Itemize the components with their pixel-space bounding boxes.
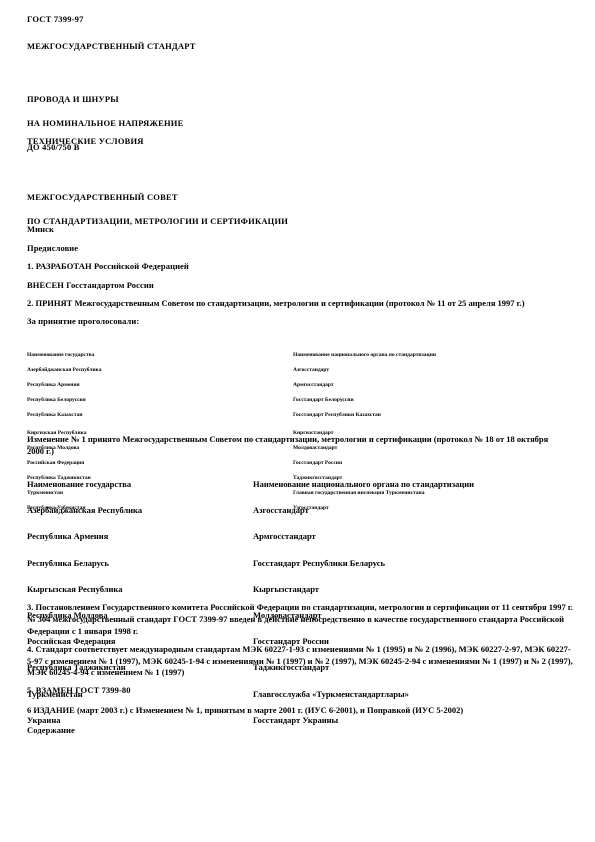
foreword-item-2: 2. ПРИНЯТ Межгосударственным Советом по … bbox=[27, 297, 570, 309]
org-cell: Азгосстандарт bbox=[253, 504, 572, 517]
foreword-item-3: 3. Постановлением Государственного комит… bbox=[27, 601, 575, 637]
vote1-col1-header: Наименование государства bbox=[27, 352, 293, 360]
org-cell: Кыргызстандарт bbox=[253, 583, 572, 596]
org-cell: Госстандарт Республики Беларусь bbox=[253, 557, 572, 570]
city-label: Минск bbox=[27, 223, 54, 235]
org-cell: Госстандарт Белоруссии bbox=[293, 397, 572, 405]
state-cell: Кыргызская Республика bbox=[27, 583, 253, 596]
vote2-col1-header: Наименование государства bbox=[27, 478, 253, 491]
org-cell: Армгосстандарт bbox=[253, 530, 572, 543]
doc-type-heading: МЕЖГОСУДАРСТВЕННЫЙ СТАНДАРТ bbox=[27, 40, 196, 52]
org-cell: Азгосстандарт bbox=[293, 367, 572, 375]
foreword-item-1: 1. РАЗРАБОТАН Российской Федерацией bbox=[27, 260, 189, 272]
doc-title-line2: НА НОМИНАЛЬНОЕ НАПРЯЖЕНИЕ bbox=[27, 118, 183, 128]
table-row: Кыргызская РеспубликаКыргызстандарт bbox=[27, 583, 572, 596]
org-cell: Главгосслужба «Туркменстандартлары» bbox=[253, 688, 572, 701]
foreword-heading: Предисловие bbox=[27, 242, 78, 254]
foreword-item-6: 6 ИЗДАНИЕ (март 2003 г.) с Изменением № … bbox=[27, 704, 587, 716]
vote2-col2-header: Наименование национального органа по ста… bbox=[253, 478, 572, 491]
gost-document-page: ГОСТ 7399-97 МЕЖГОСУДАРСТВЕННЫЙ СТАНДАРТ… bbox=[0, 0, 595, 842]
vote-intro: За принятие проголосовали: bbox=[27, 315, 139, 327]
state-cell: Азербайджанская Республика bbox=[27, 367, 293, 375]
table-row: Республика БелоруссияГосстандарт Белорус… bbox=[27, 397, 572, 405]
org-cell: Госстандарт Республики Казахстан bbox=[293, 412, 572, 420]
council-line2: ПО СТАНДАРТИЗАЦИИ, МЕТРОЛОГИИ И СЕРТИФИК… bbox=[27, 216, 288, 226]
table-row: Республика КазахстанГосстандарт Республи… bbox=[27, 412, 572, 420]
doc-number: ГОСТ 7399-97 bbox=[27, 13, 84, 25]
table-row: Республика АрменияАрмгосстандарт bbox=[27, 530, 572, 543]
state-cell: Республика Казахстан bbox=[27, 412, 293, 420]
amendment-note: Изменение № 1 принято Межгосударственным… bbox=[27, 433, 555, 457]
table-row: Азербайджанская РеспубликаАзгосстандарт bbox=[27, 367, 572, 375]
state-cell: Азербайджанская Республика bbox=[27, 504, 253, 517]
org-cell: Армгосстандарт bbox=[293, 382, 572, 390]
council-line1: МЕЖГОСУДАРСТВЕННЫЙ СОВЕТ bbox=[27, 192, 178, 202]
vote-table-1-header: Наименование государства Наименование на… bbox=[27, 352, 572, 360]
state-cell: Республика Белоруссия bbox=[27, 397, 293, 405]
vote1-col2-header: Наименование национального органа по ста… bbox=[293, 352, 572, 360]
state-cell: Республика Армения bbox=[27, 382, 293, 390]
contents-heading: Содержание bbox=[27, 724, 75, 736]
council-heading: МЕЖГОСУДАРСТВЕННЫЙ СОВЕТ ПО СТАНДАРТИЗАЦ… bbox=[27, 191, 288, 227]
doc-title-line1: ПРОВОДА И ШНУРЫ bbox=[27, 94, 119, 104]
doc-subtitle: ТЕХНИЧЕСКИЕ УСЛОВИЯ bbox=[27, 135, 144, 147]
foreword-item-5: 5. ВЗАМЕН ГОСТ 7399-80 bbox=[27, 684, 131, 696]
table-row: Азербайджанская РеспубликаАзгосстандарт bbox=[27, 504, 572, 517]
vote-table-2-header: Наименование государства Наименование на… bbox=[27, 478, 572, 491]
state-cell: Республика Армения bbox=[27, 530, 253, 543]
table-row: Республика БеларусьГосстандарт Республик… bbox=[27, 557, 572, 570]
table-row: Республика АрменияАрмгосстандарт bbox=[27, 382, 572, 390]
foreword-item-4: 4. Стандарт соответствует международным … bbox=[27, 644, 575, 679]
foreword-item-1b: ВНЕСЕН Госстандартом России bbox=[27, 279, 154, 291]
state-cell: Республика Беларусь bbox=[27, 557, 253, 570]
